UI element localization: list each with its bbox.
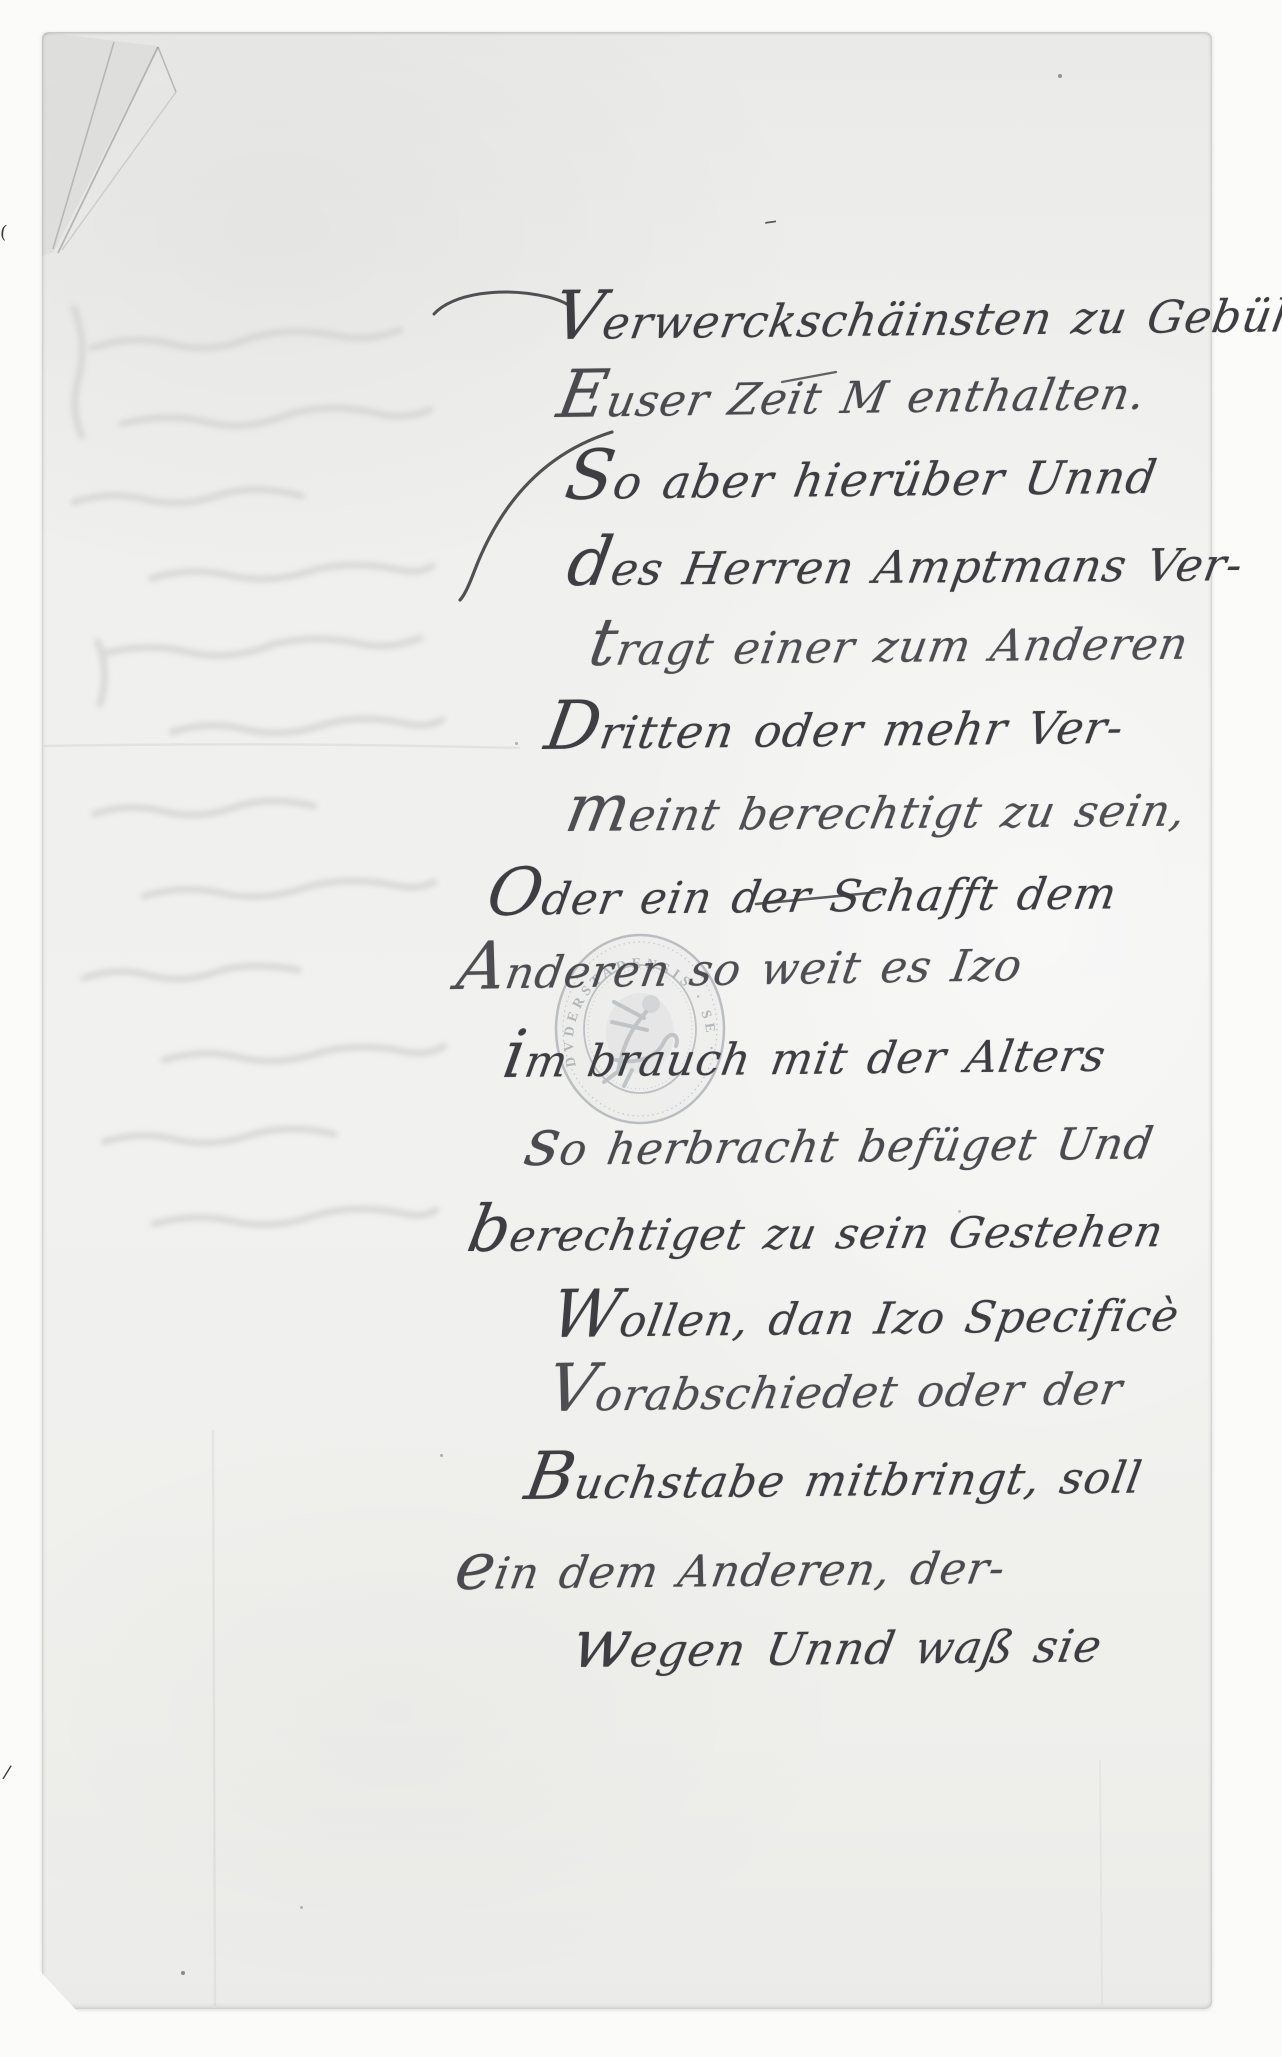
manuscript-line-9: Anderen so weit es Izo (452, 919, 1030, 1005)
manuscript-line-4: des Herren Amptmans Ver- (562, 517, 1251, 601)
manuscript-line-3: So aber hierüber Unnd (560, 430, 1165, 516)
manuscript-line-15: Buchstabe mitbringt, soll (520, 1432, 1150, 1515)
paper-speck (1058, 74, 1062, 78)
manuscript-line-1: Verwerckschäinsten zu Gebühr, (548, 268, 1282, 355)
manuscript-line-14: Vorabschiedet oder der (542, 1343, 1130, 1427)
manuscript-line-12: berechtiget zu sein Gestehen (462, 1187, 1172, 1267)
paper-corner-cut (38, 1969, 90, 2025)
manuscript-line-16: ein dem Anderen, der- (450, 1522, 1013, 1605)
manuscript-line-13: Wollen, dan Izo Specificè (546, 1269, 1187, 1353)
manuscript-line-6: Dritten oder mehr Ver- (540, 680, 1131, 765)
paper-speck (515, 742, 518, 745)
manuscript-line-5: tragt einer zum Anderen (584, 598, 1196, 681)
manuscript-line-2: Euser Zeit M enthalten. (552, 348, 1154, 433)
manuscript-line-11: so herbracht befüget Und (520, 1097, 1161, 1181)
paper-speck (958, 1210, 961, 1213)
paper-speck (440, 1454, 443, 1457)
paper-speck (300, 1906, 303, 1909)
manuscript-line-7: meint berechtigt zu sein, (560, 765, 1194, 847)
scanned-document: DVDERSTADENSIS · SE · – Verwerckschäinst… (0, 0, 1282, 2057)
manuscript-line-10: im brauch mit der Alters (498, 1010, 1113, 1093)
paper-speck (181, 1971, 185, 1975)
manuscript-line-17: wegen Unnd waß sie (566, 1598, 1111, 1683)
